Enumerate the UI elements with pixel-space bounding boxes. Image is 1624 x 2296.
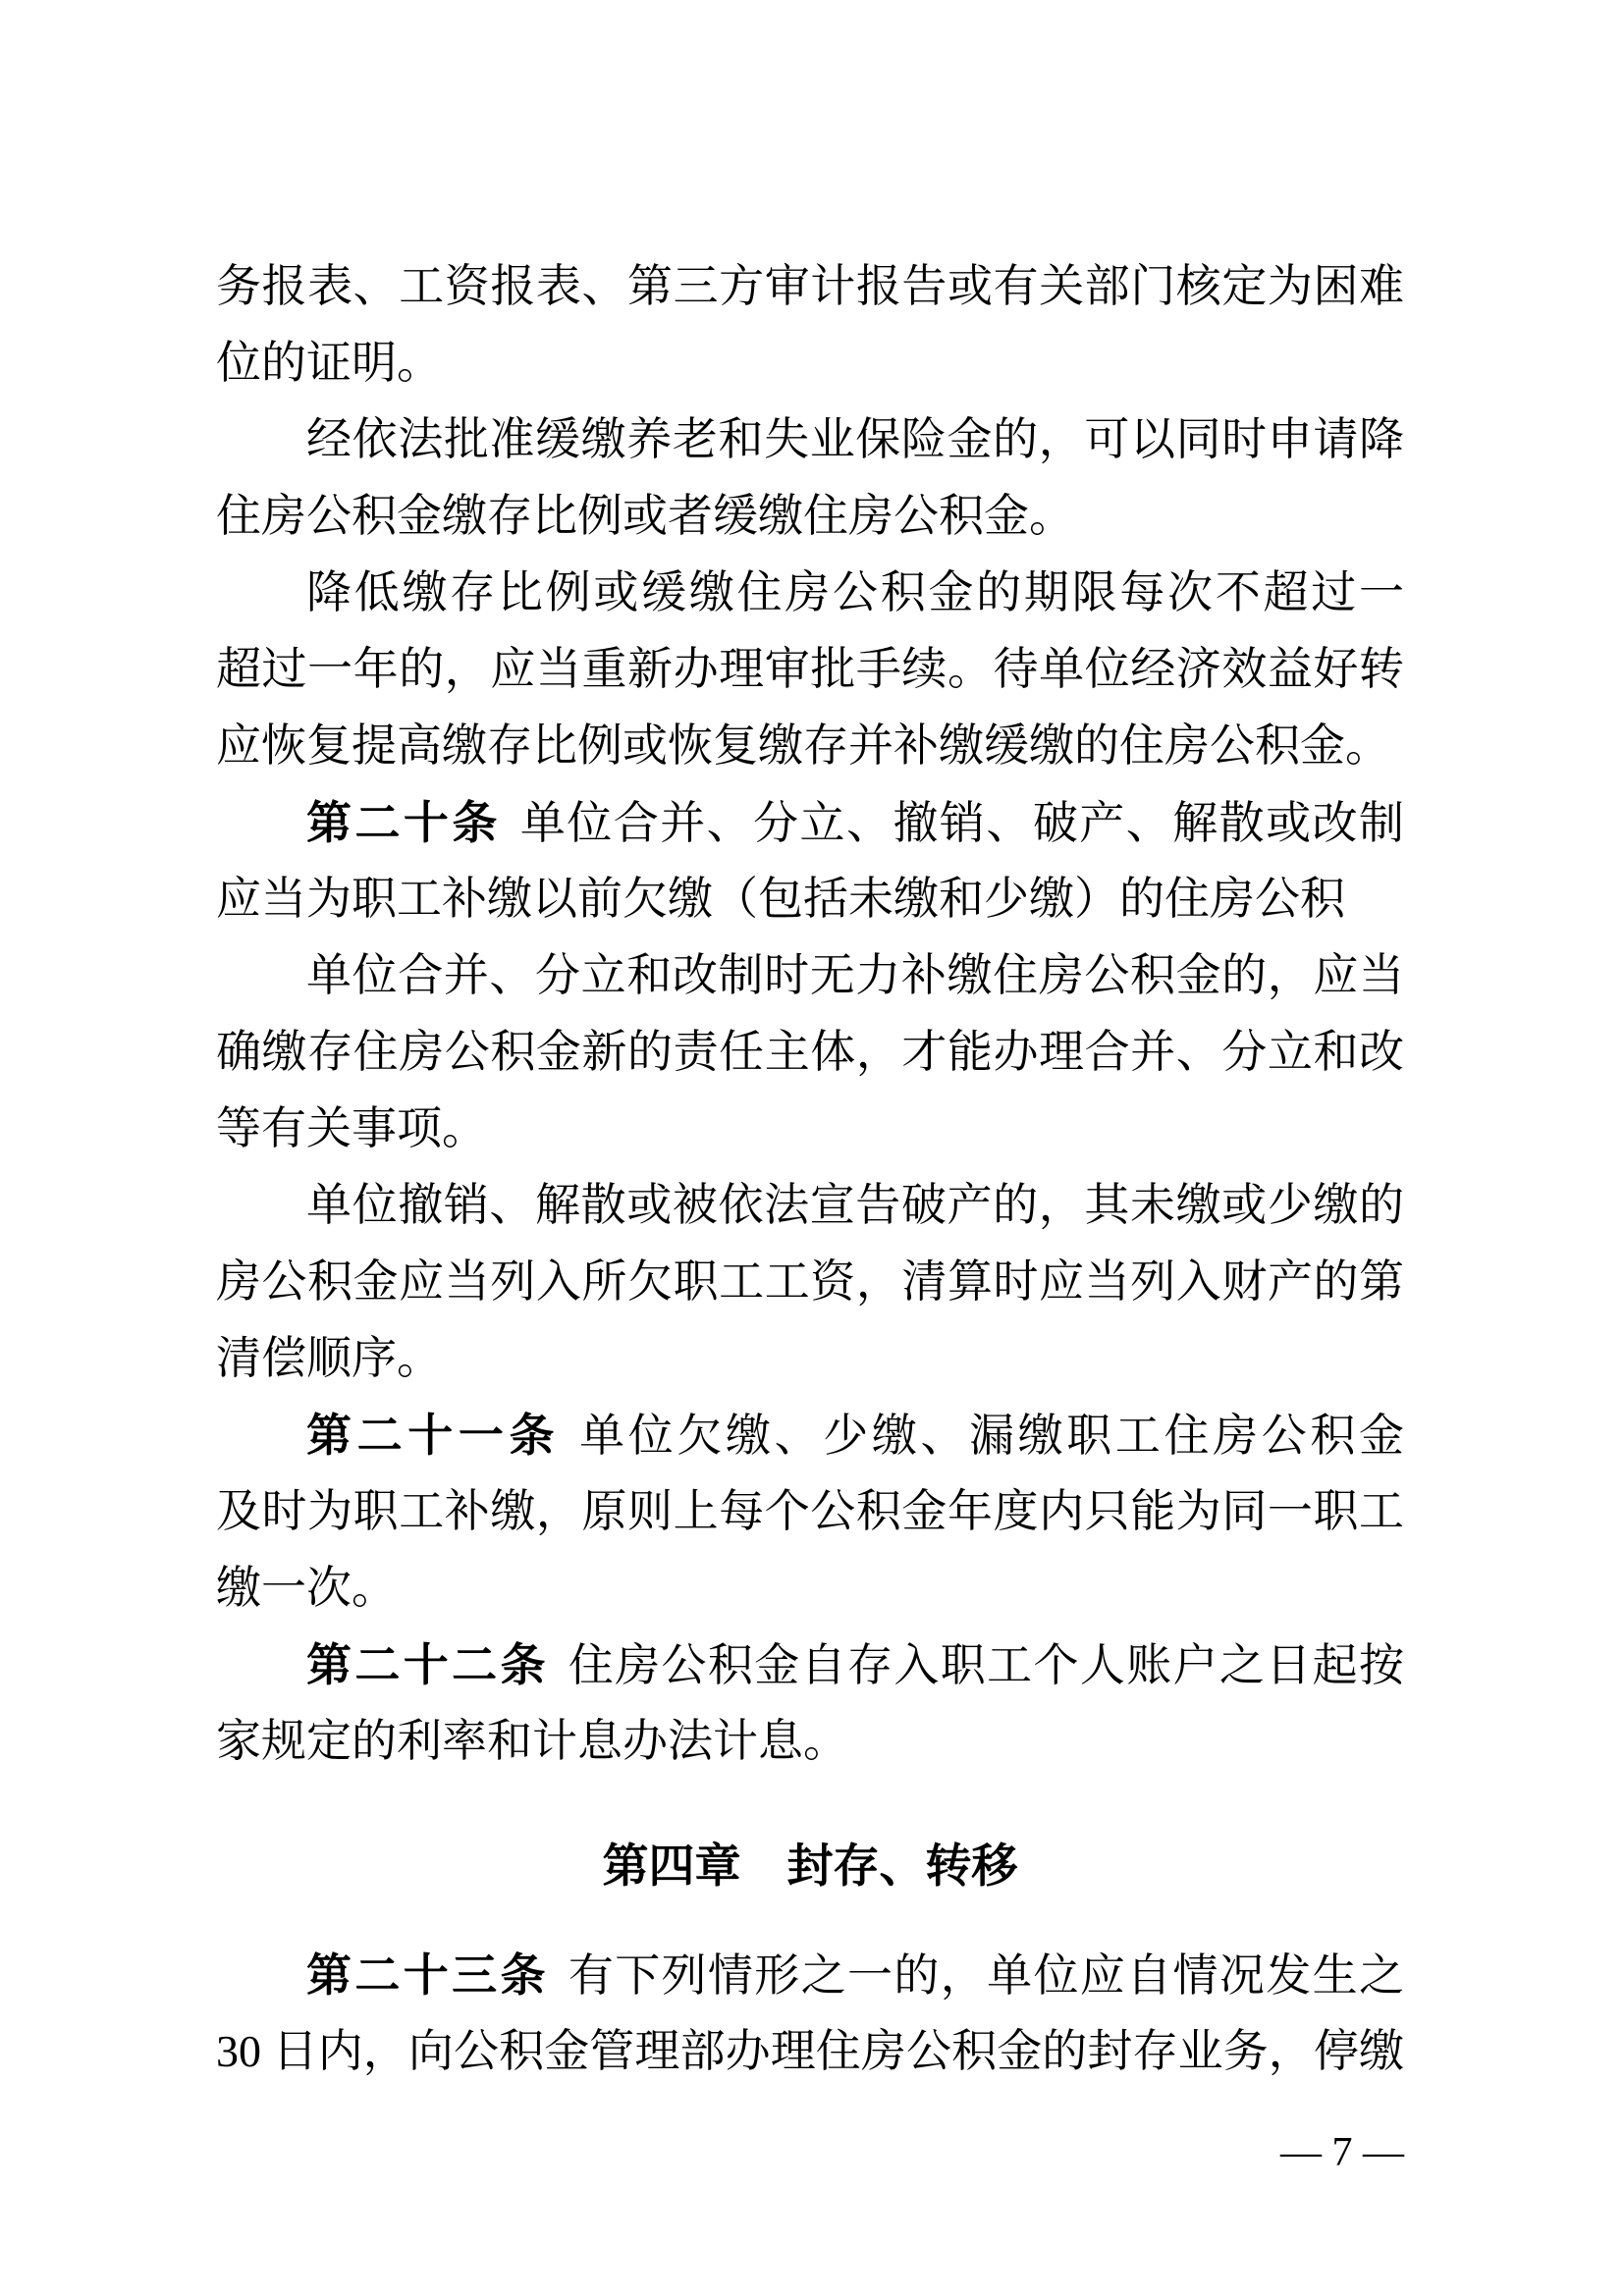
article-number: 第二十条 <box>306 797 501 848</box>
text-line: 务报表、工资报表、第三方审计报告或有关部门核定为困难单 <box>216 248 1404 325</box>
text-line: 经依法批准缓缴养老和失业保险金的，可以同时申请降低 <box>216 401 1404 478</box>
article-number: 第二十二条 <box>306 1639 549 1690</box>
line-text: 等有关事项。 <box>216 1103 487 1153</box>
line-text: 确缴存住房公积金新的责任主体，才能办理合并、分立和改制 <box>216 1027 1404 1091</box>
text-line: 应当为职工补缴以前欠缴（包括未缴和少缴）的住房公积金。 <box>216 861 1404 937</box>
line-text: 30 日内，向公积金管理部办理住房公积金的封存业务，停缴住 <box>216 2026 1404 2090</box>
document-body: 务报表、工资报表、第三方审计报告或有关部门核定为困难单 位的证明。 经依法批准缓… <box>216 248 1404 2090</box>
text-line: 应恢复提高缴存比例或恢复缴存并补缴缓缴的住房公积金。 <box>216 708 1404 784</box>
text-line: 家规定的利率和计息办法计息。 <box>216 1703 1404 1780</box>
text-line: 缴一次。 <box>216 1550 1404 1627</box>
line-text: 应当为职工补缴以前欠缴（包括未缴和少缴）的住房公积金。 <box>216 874 1345 937</box>
line-text: 降低缴存比例或缓缴住房公积金的期限每次不超过一年， <box>306 567 1404 631</box>
page-number: — 7 — <box>1280 2128 1404 2177</box>
document-page: 务报表、工资报表、第三方审计报告或有关部门核定为困难单 位的证明。 经依法批准缓… <box>0 0 1624 2296</box>
text-line: 清偿顺序。 <box>216 1320 1404 1397</box>
line-text: 务报表、工资报表、第三方审计报告或有关部门核定为困难单 <box>216 261 1404 325</box>
text-line: 第二十三条有下列情形之一的，单位应自情况发生之日起 <box>216 1937 1404 2013</box>
line-text: 及时为职工补缴，原则上每个公积金年度内只能为同一职工补 <box>216 1486 1404 1550</box>
line-text: 清偿顺序。 <box>216 1333 442 1383</box>
line-text: 位的证明。 <box>216 338 442 388</box>
text-line: 超过一年的，应当重新办理审批手续。待单位经济效益好转后， <box>216 631 1404 708</box>
text-line: 位的证明。 <box>216 325 1404 401</box>
chapter-heading: 第四章 封存、转移 <box>216 1828 1404 1904</box>
line-text: 超过一年的，应当重新办理审批手续。待单位经济效益好转后， <box>216 644 1404 708</box>
line-text: 单位合并、分立和改制时无力补缴住房公积金的，应当明 <box>306 950 1404 1014</box>
line-text: 缴一次。 <box>216 1563 397 1613</box>
line-text: 房公积金应当列入所欠职工工资，清算时应当列入财产的第一 <box>216 1256 1404 1320</box>
article-number: 第二十三条 <box>306 1949 549 2001</box>
text-line: 单位撤销、解散或被依法宣告破产的，其未缴或少缴的住 <box>216 1167 1404 1244</box>
line-text: 经依法批准缓缴养老和失业保险金的，可以同时申请降低 <box>306 414 1404 478</box>
text-line: 降低缴存比例或缓缴住房公积金的期限每次不超过一年， <box>216 555 1404 631</box>
text-line: 等有关事项。 <box>216 1091 1404 1167</box>
line-text: 家规定的利率和计息办法计息。 <box>216 1716 848 1766</box>
text-line: 第二十一条单位欠缴、少缴、漏缴职工住房公积金的，应 <box>216 1397 1404 1473</box>
article-number: 第二十一条 <box>306 1410 560 1461</box>
text-line: 及时为职工补缴，原则上每个公积金年度内只能为同一职工补 <box>216 1473 1404 1550</box>
text-line: 第二十条单位合并、分立、撤销、破产、解散或改制的， <box>216 784 1404 861</box>
text-line: 30 日内，向公积金管理部办理住房公积金的封存业务，停缴住 <box>216 2013 1404 2090</box>
line-text: 单位撤销、解散或被依法宣告破产的，其未缴或少缴的住 <box>306 1180 1404 1244</box>
text-line: 单位合并、分立和改制时无力补缴住房公积金的，应当明 <box>216 937 1404 1014</box>
text-line: 第二十二条住房公积金自存入职工个人账户之日起按国 <box>216 1627 1404 1703</box>
text-line: 住房公积金缴存比例或者缓缴住房公积金。 <box>216 478 1404 555</box>
text-line: 房公积金应当列入所欠职工工资，清算时应当列入财产的第一 <box>216 1244 1404 1320</box>
text-line: 确缴存住房公积金新的责任主体，才能办理合并、分立和改制 <box>216 1014 1404 1091</box>
line-text: 住房公积金缴存比例或者缓缴住房公积金。 <box>216 491 1074 541</box>
line-text: 应恢复提高缴存比例或恢复缴存并补缴缓缴的住房公积金。 <box>216 721 1390 771</box>
